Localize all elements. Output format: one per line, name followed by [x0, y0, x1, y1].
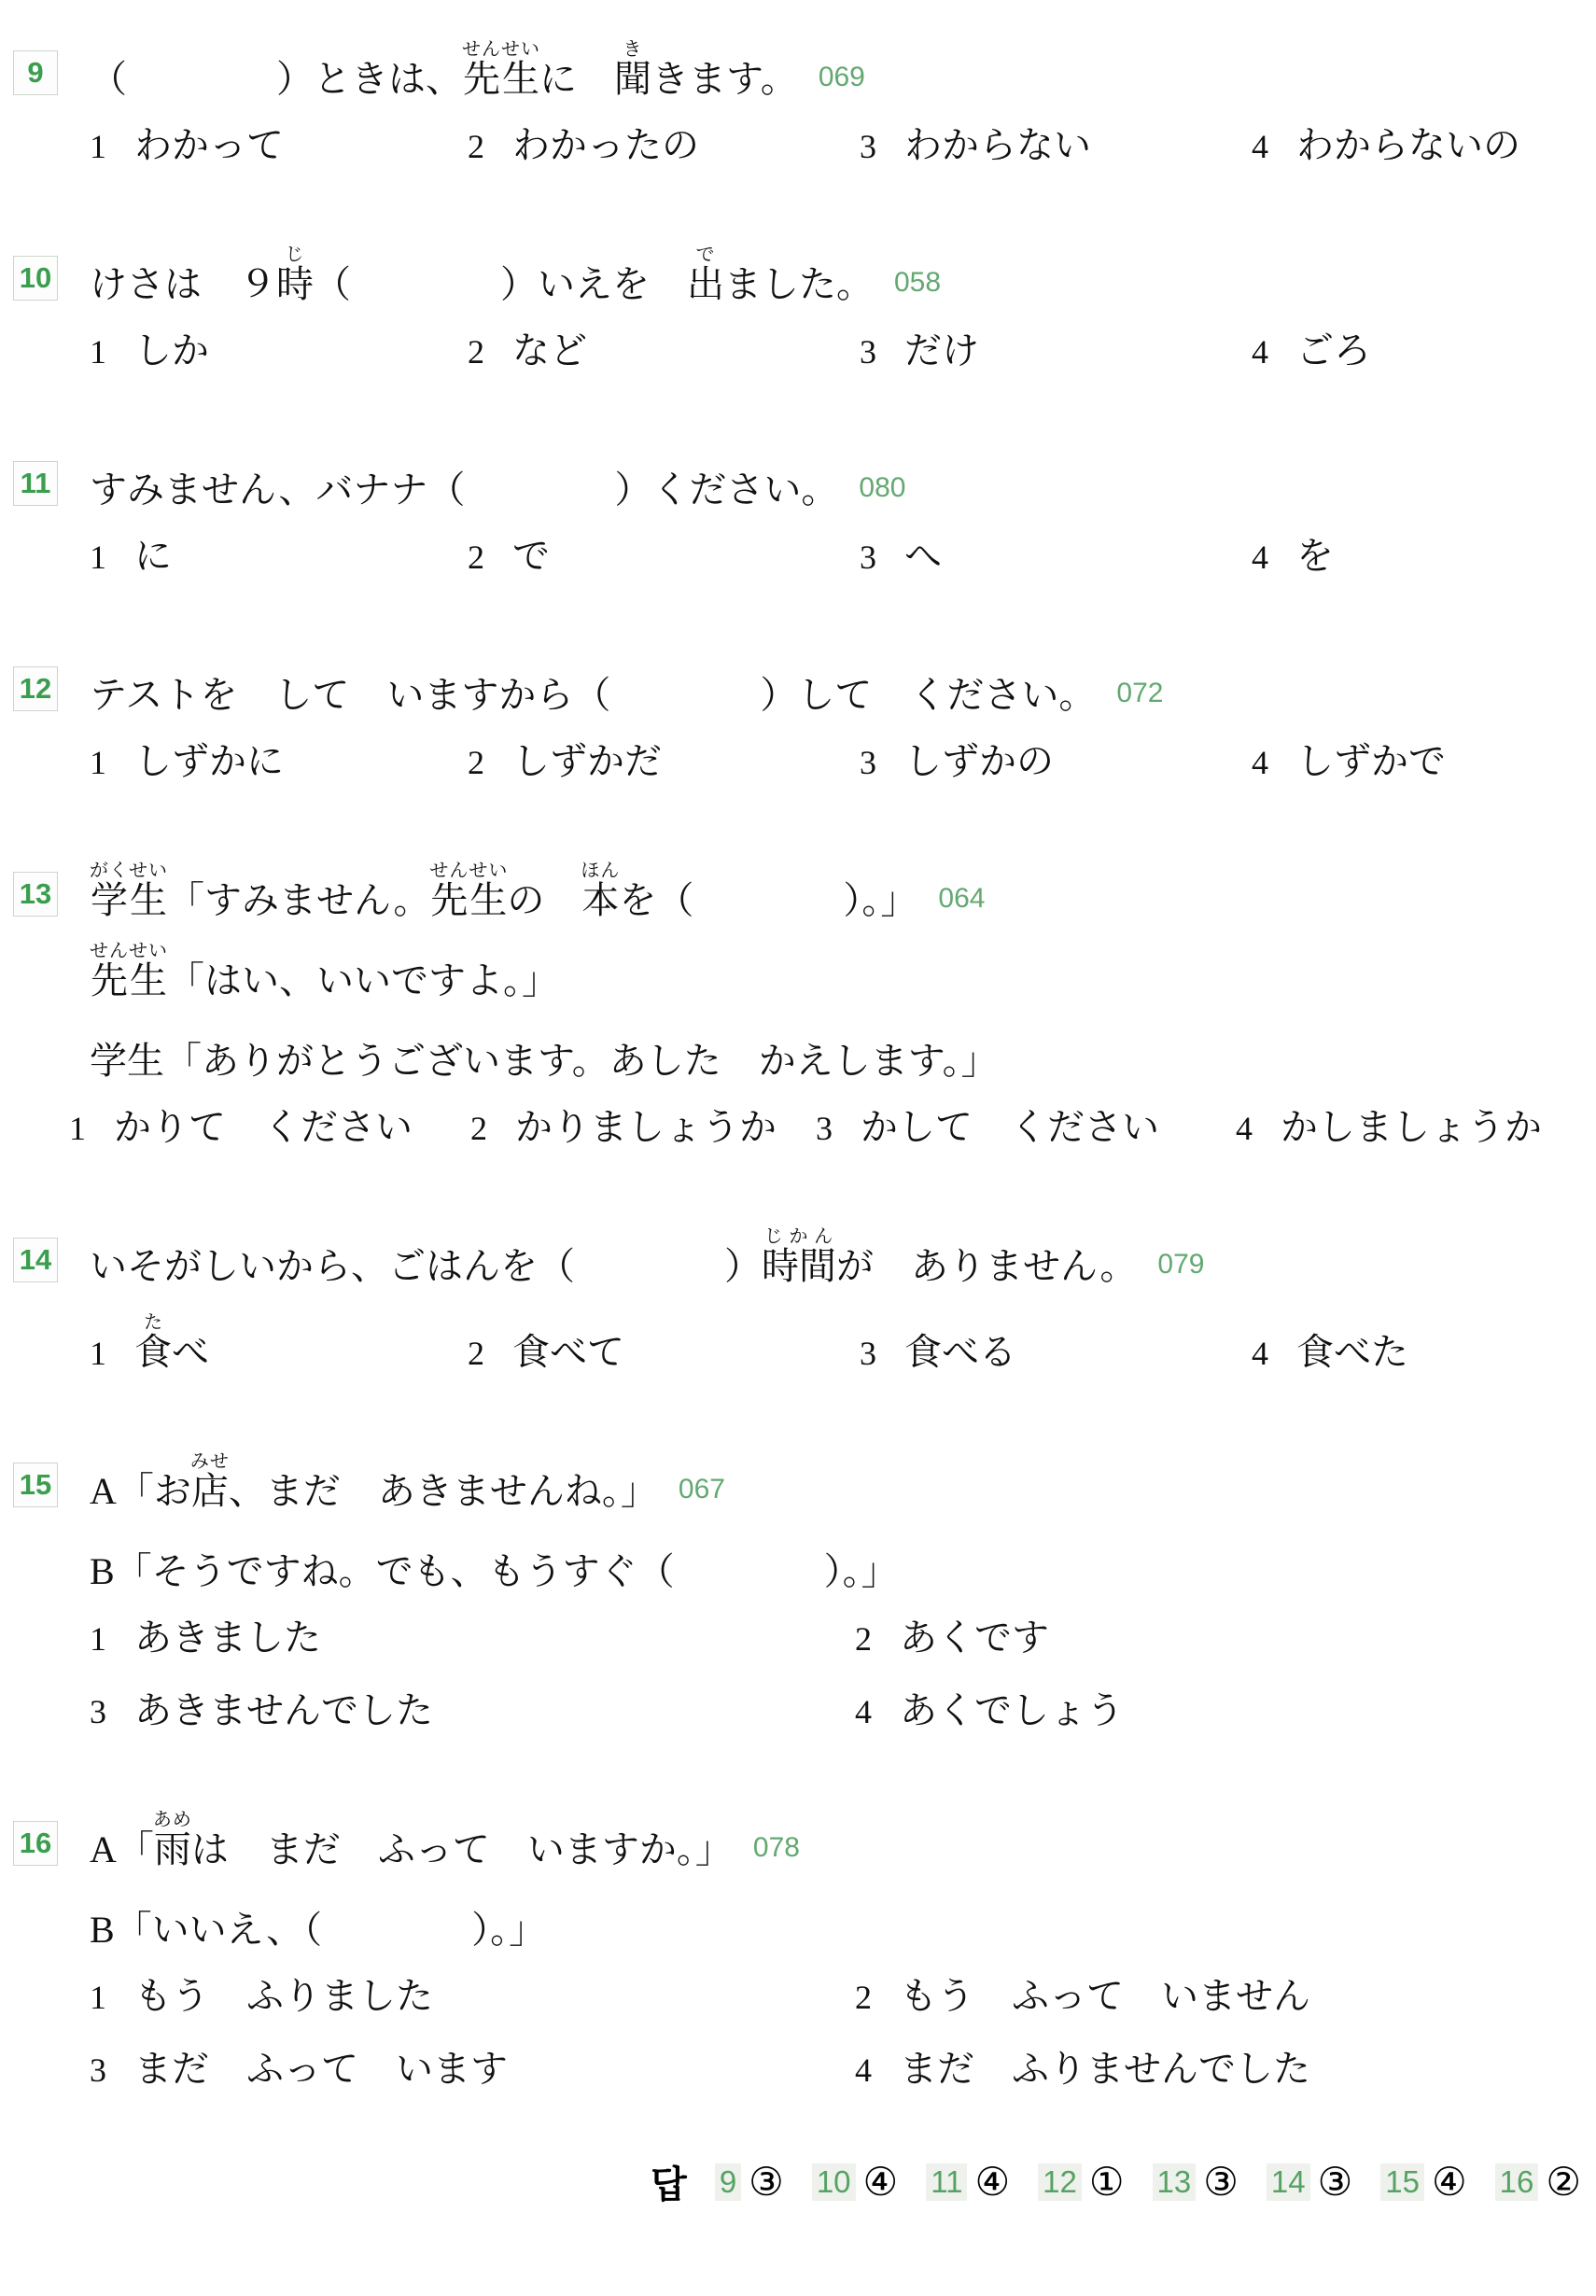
question-12: 12テストを して いますから（ ）して ください。0721しずかに2しずかだ3…	[13, 642, 1596, 782]
option-number: 2	[855, 1978, 872, 2017]
furigana-ruby: 時間じかん	[762, 1245, 836, 1287]
question-16: 16A「雨あめは まだ ふって いますか。」078B「いいえ、（ ）。」1もう …	[13, 1797, 1596, 2090]
option-11-1: 1に	[90, 536, 468, 577]
audio-reference-number: 072	[1116, 678, 1163, 709]
answer-pair-12: 12①	[1038, 2159, 1124, 2205]
option-number: 2	[470, 1109, 487, 1148]
option-number: 1	[90, 1978, 106, 2017]
option-number: 1	[90, 1334, 106, 1373]
option-number: 3	[90, 2051, 106, 2090]
option-number: 4	[1252, 538, 1268, 577]
question-text: A「雨あめは まだ ふって いますか。」	[90, 1810, 733, 1871]
option-15-3: 3あきませんでした	[90, 1690, 855, 1731]
option-10-2: 2など	[468, 330, 860, 371]
option-15-2: 2あくです	[855, 1617, 1596, 1659]
option-14-1: 1食たべ	[90, 1312, 468, 1373]
option-number: 1	[90, 1619, 106, 1659]
question-line: 12テストを して いますから（ ）して ください。072	[13, 642, 1596, 717]
options-row: 1に2で3へ4を	[90, 536, 1596, 577]
option-text: わかったの	[512, 125, 699, 166]
option-number: 4	[1252, 332, 1268, 371]
answer-pair-16: 16②	[1495, 2159, 1581, 2205]
options-row: 1食たべ2食べて3食べる4食べた	[90, 1312, 1596, 1373]
furigana-ruby: 店みせ	[191, 1470, 229, 1512]
option-11-3: 3へ	[860, 536, 1252, 577]
option-text: もう ふりました	[134, 1976, 433, 2017]
question-line: B「そうですね。でも、もうすぐ（ ）。」	[13, 1519, 1596, 1593]
answer-circled-number: ③	[1203, 2159, 1239, 2205]
option-text: あくです	[900, 1617, 1049, 1659]
question-text: 学生がくせい「すみません。先生せんせいの 本ほんを（ ）。」	[90, 861, 917, 922]
question-14: 14いそがしいから、ごはんを（ ）時間じかんが ありません。0791食たべ2食べ…	[13, 1213, 1596, 1373]
audio-reference-number: 080	[859, 472, 905, 504]
options-row: 1しずかに2しずかだ3しずかの4しずかで	[90, 741, 1596, 782]
option-text: わかって	[134, 125, 284, 166]
answer-key: 답 9③10④11④12①13③14③15④16②	[13, 2155, 1596, 2208]
furigana-ruby: 時じ	[276, 263, 314, 305]
answer-pair-14: 14③	[1267, 2159, 1352, 2205]
option-text: など	[512, 330, 587, 371]
option-text: 食べて	[512, 1332, 624, 1373]
furigana-ruby: 学生がくせい	[90, 879, 167, 921]
audio-reference-number: 079	[1157, 1249, 1204, 1281]
question-number-badge: 15	[13, 1463, 58, 1507]
option-11-4: 4を	[1252, 536, 1596, 577]
option-14-3: 3食べる	[860, 1312, 1252, 1373]
option-text: へ	[904, 536, 942, 577]
option-number: 3	[860, 743, 876, 782]
option-number: 3	[860, 332, 876, 371]
option-16-2: 2もう ふって いません	[855, 1976, 1596, 2017]
option-16-4: 4まだ ふりませんでした	[855, 2049, 1596, 2090]
option-number: 4	[1252, 1334, 1268, 1373]
option-number: 2	[468, 538, 484, 577]
option-text: あくでしょう	[900, 1690, 1124, 1731]
option-text: しずかに	[134, 741, 284, 782]
answer-pair-13: 13③	[1153, 2159, 1239, 2205]
question-text: テストを して いますから（ ）して ください。	[90, 674, 1096, 717]
option-12-1: 1しずかに	[90, 741, 468, 782]
option-number: 3	[860, 538, 876, 577]
answer-circled-number: ④	[1432, 2159, 1467, 2205]
option-14-2: 2食べて	[468, 1312, 860, 1373]
answer-question-number: 10	[812, 2163, 856, 2201]
answer-pair-11: 11④	[926, 2159, 1010, 2205]
furigana-ruby: 本ほん	[581, 879, 619, 921]
option-number: 1	[90, 332, 106, 371]
option-number: 2	[468, 743, 484, 782]
question-number-badge: 9	[13, 50, 58, 95]
answer-question-number: 12	[1038, 2163, 1082, 2201]
option-text: だけ	[904, 330, 979, 371]
question-number-badge: 13	[13, 872, 58, 917]
question-number-badge: 11	[13, 461, 58, 506]
option-text: しずかの	[904, 741, 1054, 782]
question-15: 15A「お店みせ、まだ あきませんね。」067B「そうですね。でも、もうすぐ（ …	[13, 1438, 1596, 1731]
furigana-ruby: 先生せんせい	[430, 879, 507, 921]
option-number: 2	[855, 1619, 872, 1659]
option-number: 3	[90, 1692, 106, 1731]
option-10-3: 3だけ	[860, 330, 1252, 371]
answer-circled-number: ④	[974, 2159, 1010, 2205]
option-13-1: 1かりて ください	[69, 1107, 470, 1148]
option-text: かりて ください	[114, 1107, 413, 1148]
audio-reference-number: 067	[679, 1474, 725, 1505]
option-text: もう ふって いません	[900, 1976, 1310, 2017]
option-15-4: 4あくでしょう	[855, 1690, 1596, 1731]
answer-circled-number: ②	[1546, 2159, 1581, 2205]
question-text: B「そうですね。でも、もうすぐ（ ）。」	[90, 1550, 899, 1593]
question-9: 9（ ）ときは、先生せんせいに 聞ききます。0691わかって2わかったの3わから…	[13, 26, 1596, 166]
option-text: 食べる	[904, 1332, 1016, 1373]
option-9-4: 4わからないの	[1252, 125, 1596, 166]
answer-key-items: 9③10④11④12①13③14③15④16②	[715, 2159, 1581, 2205]
question-text: B「いいえ、（ ）。」	[90, 1909, 546, 1952]
option-9-2: 2わかったの	[468, 125, 860, 166]
option-number: 3	[816, 1109, 833, 1148]
answer-key-label: 답	[651, 2155, 687, 2208]
audio-reference-number: 069	[819, 62, 865, 93]
answer-circled-number: ①	[1089, 2159, 1125, 2205]
option-number: 1	[90, 127, 106, 166]
answer-question-number: 13	[1153, 2163, 1197, 2201]
option-number: 1	[69, 1109, 86, 1148]
answer-circled-number: ④	[863, 2159, 899, 2205]
option-11-2: 2で	[468, 536, 860, 577]
option-14-4: 4食べた	[1252, 1312, 1596, 1373]
question-line: 14いそがしいから、ごはんを（ ）時間じかんが ありません。079	[13, 1213, 1596, 1288]
audio-reference-number: 064	[938, 883, 985, 915]
question-text: 学生「ありがとうございます。あした かえします。」	[90, 1040, 999, 1083]
furigana-ruby: 聞き	[614, 58, 651, 100]
option-9-3: 3わからない	[860, 125, 1252, 166]
options-row: 1あきました2あくです3あきませんでした4あくでしょう	[90, 1617, 1596, 1731]
option-number: 4	[1236, 1109, 1253, 1148]
option-12-4: 4しずかで	[1252, 741, 1596, 782]
answer-question-number: 14	[1267, 2163, 1310, 2201]
question-number-badge: 12	[13, 666, 58, 711]
answer-question-number: 16	[1495, 2163, 1539, 2201]
option-text: かしましょうか	[1281, 1107, 1542, 1148]
audio-reference-number: 058	[894, 267, 941, 299]
option-number: 1	[90, 743, 106, 782]
option-number: 2	[468, 332, 484, 371]
option-text: あきました	[134, 1617, 321, 1659]
options-row: 1かりて ください2かりましょうか3かして ください4かしましょうか	[69, 1107, 1596, 1148]
option-10-4: 4ごろ	[1252, 330, 1596, 371]
option-text: しか	[134, 330, 209, 371]
furigana-ruby: 出で	[687, 263, 724, 305]
question-text: すみません、バナナ（ ）ください。	[90, 469, 838, 511]
option-15-1: 1あきました	[90, 1617, 855, 1659]
option-number: 3	[860, 1334, 876, 1373]
question-number-badge: 10	[13, 256, 58, 301]
furigana-ruby: 食た	[134, 1331, 172, 1373]
question-line: 11すみません、バナナ（ ）ください。080	[13, 437, 1596, 511]
option-text: あきませんでした	[134, 1690, 433, 1731]
question-text: （ ）ときは、先生せんせいに 聞ききます。	[90, 39, 798, 101]
option-number: 4	[1252, 743, 1268, 782]
option-number: 2	[468, 127, 484, 166]
option-16-3: 3まだ ふって います	[90, 2049, 855, 2090]
option-text: 食べた	[1296, 1332, 1408, 1373]
options-row: 1もう ふりました2もう ふって いません3まだ ふって います4まだ ふりませ…	[90, 1976, 1596, 2090]
option-12-2: 2しずかだ	[468, 741, 860, 782]
option-number: 2	[468, 1334, 484, 1373]
option-9-1: 1わかって	[90, 125, 468, 166]
question-line: 学生「ありがとうございます。あした かえします。」	[13, 1008, 1596, 1083]
option-text: まだ ふって います	[134, 2049, 508, 2090]
question-line: 13学生がくせい「すみません。先生せんせいの 本ほんを（ ）。」064	[13, 847, 1596, 922]
question-number-badge: 14	[13, 1238, 58, 1282]
answer-pair-10: 10④	[812, 2159, 898, 2205]
question-13: 13学生がくせい「すみません。先生せんせいの 本ほんを（ ）。」064先生せんせ…	[13, 847, 1596, 1148]
option-text: わからないの	[1296, 125, 1520, 166]
option-10-1: 1しか	[90, 330, 468, 371]
question-text: けさは ９時じ（ ）いえを 出でました。	[90, 245, 874, 306]
answer-question-number: 11	[926, 2163, 967, 2201]
option-12-3: 3しずかの	[860, 741, 1252, 782]
answer-question-number: 15	[1380, 2163, 1424, 2201]
answer-circled-number: ③	[1318, 2159, 1353, 2205]
option-text: で	[512, 536, 550, 577]
answer-circled-number: ③	[749, 2159, 784, 2205]
question-line: 16A「雨あめは まだ ふって いますか。」078	[13, 1797, 1596, 1871]
option-text: に	[134, 536, 172, 577]
question-number-badge: 16	[13, 1821, 58, 1866]
option-13-3: 3かして ください	[816, 1107, 1236, 1148]
answer-pair-9: 9③	[715, 2159, 784, 2205]
option-text: を	[1296, 536, 1334, 577]
answer-question-number: 9	[715, 2163, 741, 2201]
option-text: しずかだ	[512, 741, 662, 782]
option-text: まだ ふりませんでした	[900, 2049, 1310, 2090]
question-text: いそがしいから、ごはんを（ ）時間じかんが ありません。	[90, 1226, 1137, 1288]
option-number: 1	[90, 538, 106, 577]
option-16-1: 1もう ふりました	[90, 1976, 855, 2017]
furigana-ruby: 雨あめ	[154, 1828, 191, 1870]
option-number: 4	[855, 1692, 872, 1731]
furigana-ruby: 先生せんせい	[463, 58, 539, 100]
question-line: B「いいえ、（ ）。」	[13, 1877, 1596, 1952]
option-text: しずかで	[1296, 741, 1446, 782]
option-text: ごろ	[1296, 330, 1371, 371]
option-13-2: 2かりましょうか	[470, 1107, 816, 1148]
question-10: 10けさは ９時じ（ ）いえを 出でました。0581しか2など3だけ4ごろ	[13, 231, 1596, 371]
option-number: 3	[860, 127, 876, 166]
question-line: 15A「お店みせ、まだ あきませんね。」067	[13, 1438, 1596, 1513]
option-number: 4	[855, 2051, 872, 2090]
question-line: 9（ ）ときは、先生せんせいに 聞ききます。069	[13, 26, 1596, 101]
audio-reference-number: 078	[753, 1832, 800, 1864]
options-row: 1しか2など3だけ4ごろ	[90, 330, 1596, 371]
answer-pair-15: 15④	[1380, 2159, 1466, 2205]
options-row: 1わかって2わかったの3わからない4わからないの	[90, 125, 1596, 166]
furigana-ruby: 先生せんせい	[90, 959, 167, 1001]
option-13-4: 4かしましょうか	[1236, 1107, 1596, 1148]
option-text: 食たべ	[134, 1312, 209, 1373]
question-text: A「お店みせ、まだ あきませんね。」	[90, 1451, 658, 1513]
option-number: 4	[1252, 127, 1268, 166]
option-text: かして ください	[861, 1107, 1159, 1148]
option-text: わからない	[904, 125, 1091, 166]
option-text: かりましょうか	[515, 1107, 777, 1148]
question-text: 先生せんせい「はい、いいですよ。」	[90, 941, 559, 1002]
question-11: 11すみません、バナナ（ ）ください。0801に2で3へ4を	[13, 437, 1596, 577]
question-line: 先生せんせい「はい、いいですよ。」	[13, 928, 1596, 1002]
question-line: 10けさは ９時じ（ ）いえを 出でました。058	[13, 231, 1596, 306]
questions-list: 9（ ）ときは、先生せんせいに 聞ききます。0691わかって2わかったの3わから…	[13, 26, 1596, 2090]
